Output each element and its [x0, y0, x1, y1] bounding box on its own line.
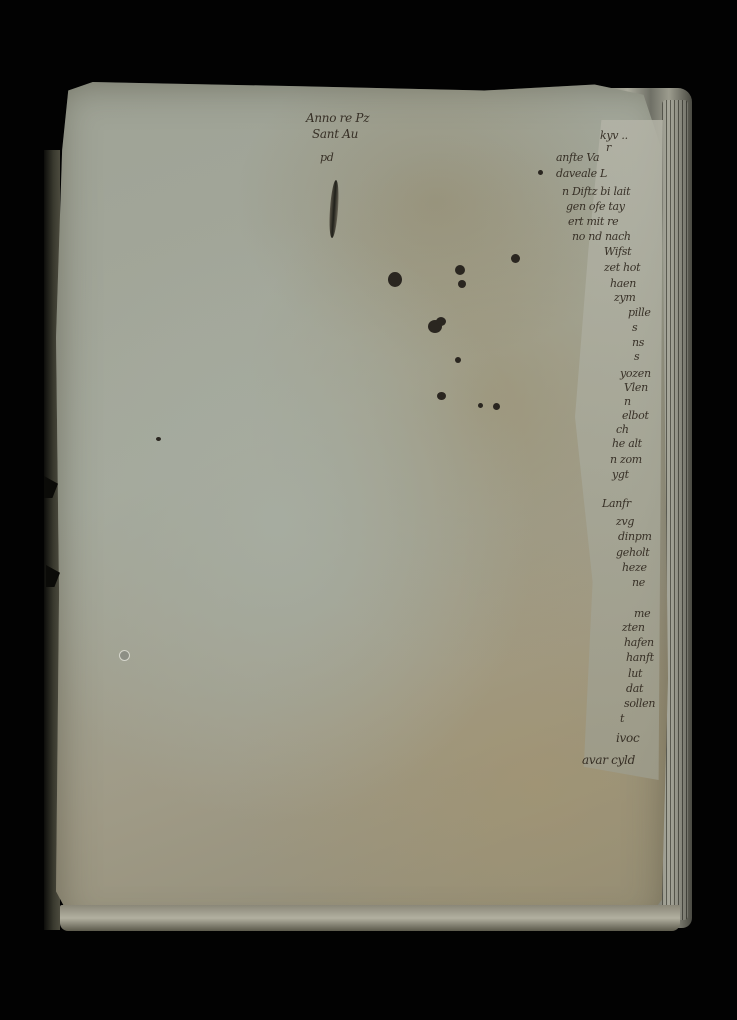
- fragment-line: zym: [614, 292, 636, 303]
- ink-blot: [388, 272, 402, 287]
- fragment-line: avar cyld: [582, 754, 635, 766]
- fragment-line: ert mit re: [568, 216, 618, 227]
- ink-blot: [458, 280, 466, 288]
- fragment-line: ch: [616, 424, 629, 435]
- fragment-line: zten: [622, 622, 645, 633]
- ink-blot: [156, 437, 161, 441]
- fragment-line: sollen: [624, 698, 655, 709]
- fragment-line: ns: [632, 337, 644, 348]
- pin-hole: [119, 650, 130, 661]
- fragment-line: anfte Va: [556, 152, 599, 163]
- fragment-line: daveale L: [556, 168, 607, 179]
- fragment-line: geholt: [616, 547, 649, 558]
- fragment-line: haen: [610, 278, 636, 289]
- fragment-line: elbot: [622, 410, 649, 421]
- fragment-line: n zom: [610, 454, 642, 465]
- marginal-note-line: pd: [320, 152, 333, 163]
- fragment-line: zvg: [616, 516, 634, 527]
- fragment-line: dinpm: [618, 531, 652, 542]
- fragment-line: gen ofe tay: [566, 201, 625, 212]
- fragment-line: s: [634, 351, 639, 362]
- fragment-line: zet hot: [604, 262, 640, 273]
- fragment-line: ygt: [612, 469, 629, 480]
- ink-blot: [538, 170, 543, 175]
- fragment-line: me: [634, 608, 650, 619]
- fragment-line: Vlen: [624, 382, 648, 393]
- ink-blot: [436, 317, 446, 326]
- fragment-line: n: [624, 396, 631, 407]
- fragment-line: r: [606, 142, 611, 153]
- marginal-note-line: Anno re Pz: [306, 112, 369, 124]
- fragment-line: Wifst: [604, 246, 631, 257]
- ink-blot: [437, 392, 446, 400]
- ink-blot: [478, 403, 483, 408]
- fragment-line: ivoc: [616, 732, 639, 744]
- ink-blot: [493, 403, 500, 410]
- ink-blot: [511, 254, 520, 263]
- fragment-line: dat: [626, 683, 643, 694]
- ink-blot: [455, 265, 465, 275]
- fragment-line: hafen: [624, 637, 654, 648]
- bottom-fold: [60, 905, 680, 931]
- marginal-note-line: Sant Au: [312, 128, 358, 140]
- ink-blot: [455, 357, 461, 363]
- fragment-line: pille: [628, 307, 651, 318]
- fragment-line: n Diftz bi lait: [562, 186, 630, 197]
- fragment-line: ne: [632, 577, 645, 588]
- fragment-line: hanft: [626, 652, 654, 663]
- fragment-line: Lanfr: [602, 498, 631, 509]
- fragment-line: s: [632, 322, 637, 333]
- fragment-line: yozen: [620, 368, 651, 379]
- fragment-line: kyv ..: [600, 130, 628, 141]
- fragment-line: no nd nach: [572, 231, 631, 242]
- fragment-line: lut: [628, 668, 642, 679]
- fragment-line: he alt: [612, 438, 642, 449]
- fragment-line: heze: [622, 562, 647, 573]
- fragment-line: t: [620, 713, 624, 724]
